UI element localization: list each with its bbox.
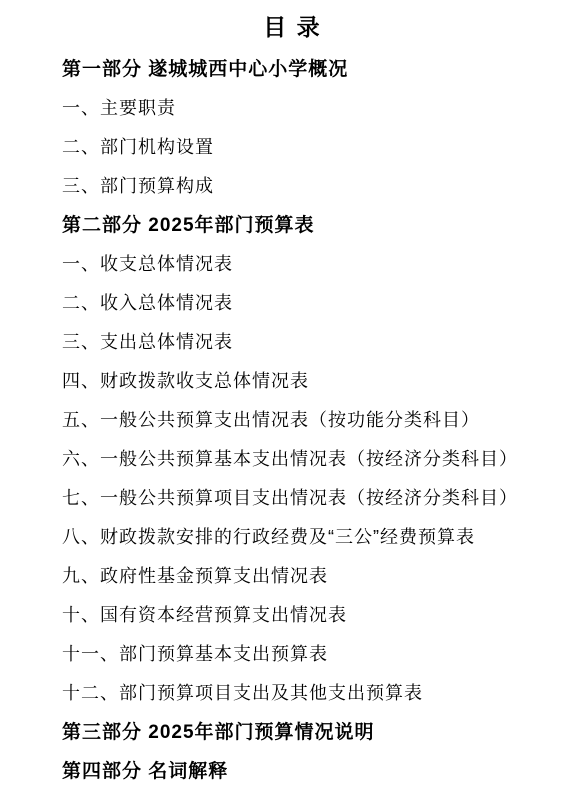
toc-part-heading: 第一部分 遂城城西中心小学概况 <box>62 50 575 89</box>
toc-entry: 十二、部门预算项目支出及其他支出预算表 <box>62 674 575 713</box>
toc-entry: 七、一般公共预算项目支出情况表（按经济分类科目） <box>62 479 575 518</box>
toc-entry: 六、一般公共预算基本支出情况表（按经济分类科目） <box>62 440 575 479</box>
toc-entry: 三、支出总体情况表 <box>62 323 575 362</box>
toc-part-heading: 第四部分 名词解释 <box>62 752 575 791</box>
toc-entry: 八、财政拨款安排的行政经费及“三公”经费预算表 <box>62 518 575 557</box>
toc-title: 目 录 <box>0 0 585 42</box>
toc-entry: 五、一般公共预算支出情况表（按功能分类科目） <box>62 401 575 440</box>
document-page: 目 录 第一部分 遂城城西中心小学概况 一、主要职责 二、部门机构设置 三、部门… <box>0 0 585 807</box>
toc-part-heading: 第二部分 2025年部门预算表 <box>62 206 575 245</box>
toc-entry: 九、政府性基金预算支出情况表 <box>62 557 575 596</box>
toc-entry: 十一、部门预算基本支出预算表 <box>62 635 575 674</box>
toc-part-heading: 第三部分 2025年部门预算情况说明 <box>62 713 575 752</box>
toc-list: 第一部分 遂城城西中心小学概况 一、主要职责 二、部门机构设置 三、部门预算构成… <box>0 50 585 791</box>
toc-entry: 二、收入总体情况表 <box>62 284 575 323</box>
toc-entry: 三、部门预算构成 <box>62 167 575 206</box>
toc-entry: 一、收支总体情况表 <box>62 245 575 284</box>
toc-entry: 十、国有资本经营预算支出情况表 <box>62 596 575 635</box>
toc-entry: 二、部门机构设置 <box>62 128 575 167</box>
toc-entry: 一、主要职责 <box>62 89 575 128</box>
toc-entry: 四、财政拨款收支总体情况表 <box>62 362 575 401</box>
